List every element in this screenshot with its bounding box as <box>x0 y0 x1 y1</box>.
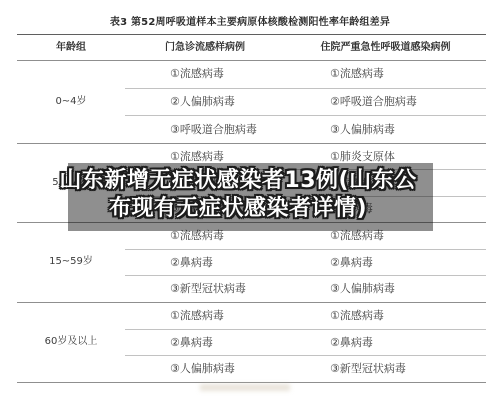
pathogen-cell-outpatient: ①流感病毒 <box>170 149 224 164</box>
pathogen-cell-hospitalized: ③新型冠状病毒 <box>330 361 406 376</box>
pathogen-cell-outpatient: ③呼吸道合胞病毒 <box>170 122 257 137</box>
pathogen-cell-hospitalized: ①流感病毒 <box>330 66 384 81</box>
group-divider <box>17 302 486 303</box>
group-divider <box>17 60 486 61</box>
pathogen-cell-outpatient: ①流感病毒 <box>170 308 224 323</box>
header-cell-outpatient: 门急诊流感样病例 <box>125 41 285 54</box>
pathogen-cell-hospitalized: ①肺炎支原体 <box>330 149 395 164</box>
headline-text: 山东新增无症状感染者13例(山东公 布现有无症状感染者详情) <box>43 167 433 223</box>
page-title: 表3 第52周呼吸道样本主要病原体核酸检测阳性率年龄组差异 <box>0 13 500 28</box>
age-group-label: 0~4岁 <box>17 95 125 109</box>
row-divider <box>125 329 486 330</box>
row-divider <box>125 249 486 250</box>
table-top-border <box>17 34 486 35</box>
header-cell-hospitalized: 住院严重急性呼吸道感染病例 <box>285 41 486 54</box>
row-divider <box>125 88 486 89</box>
pathogen-cell-outpatient: ③人偏肺病毒 <box>170 361 235 376</box>
group-divider <box>17 382 486 383</box>
pathogen-cell-hospitalized: ①流感病毒 <box>330 308 384 323</box>
watermark-smudge <box>200 384 290 391</box>
pathogen-cell-outpatient: ①流感病毒 <box>170 66 224 81</box>
pathogen-cell-outpatient: ③新型冠状病毒 <box>170 281 246 296</box>
headline-line-1: 山东新增无症状感染者13例(山东公 <box>43 167 433 195</box>
pathogen-cell-hospitalized: ②鼻病毒 <box>330 335 373 350</box>
article-image: 表3 第52周呼吸道样本主要病原体核酸检测阳性率年龄组差异 年龄组 门急诊流感样… <box>0 0 500 402</box>
age-group-label: 60岁及以上 <box>17 335 125 349</box>
row-divider <box>125 275 486 276</box>
pathogen-cell-outpatient: ②人偏肺病毒 <box>170 94 235 109</box>
group-divider <box>17 143 486 144</box>
header-cell-age: 年龄组 <box>17 41 125 54</box>
pathogen-cell-outpatient: ②鼻病毒 <box>170 335 213 350</box>
pathogen-cell-hospitalized: ③人偏肺病毒 <box>330 281 395 296</box>
row-divider <box>125 355 486 356</box>
headline-line-2: 布现有无症状感染者详情) <box>43 195 433 223</box>
pathogen-cell-hospitalized: ②呼吸道合胞病毒 <box>330 94 417 109</box>
pathogen-cell-hospitalized: ③人偏肺病毒 <box>330 122 395 137</box>
pathogen-cell-hospitalized: ②鼻病毒 <box>330 255 373 270</box>
age-group-label: 15~59岁 <box>17 255 125 269</box>
row-divider <box>125 115 486 116</box>
pathogen-cell-outpatient: ②鼻病毒 <box>170 255 213 270</box>
